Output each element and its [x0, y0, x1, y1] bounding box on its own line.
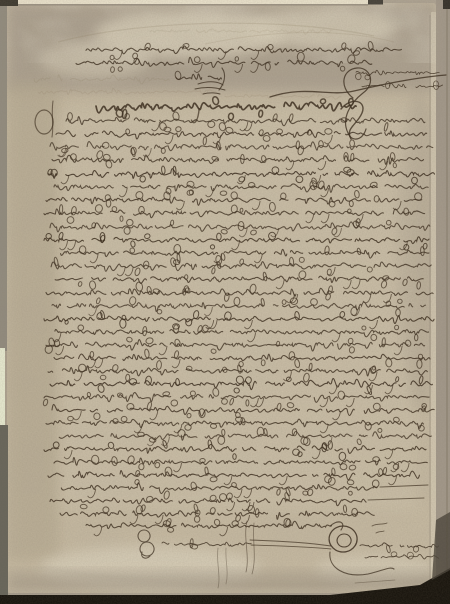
- manuscript-page-image: [0, 0, 450, 604]
- film-grain: [0, 0, 450, 604]
- paper-grain-layer: [0, 0, 450, 604]
- manuscript-scan: [0, 0, 450, 604]
